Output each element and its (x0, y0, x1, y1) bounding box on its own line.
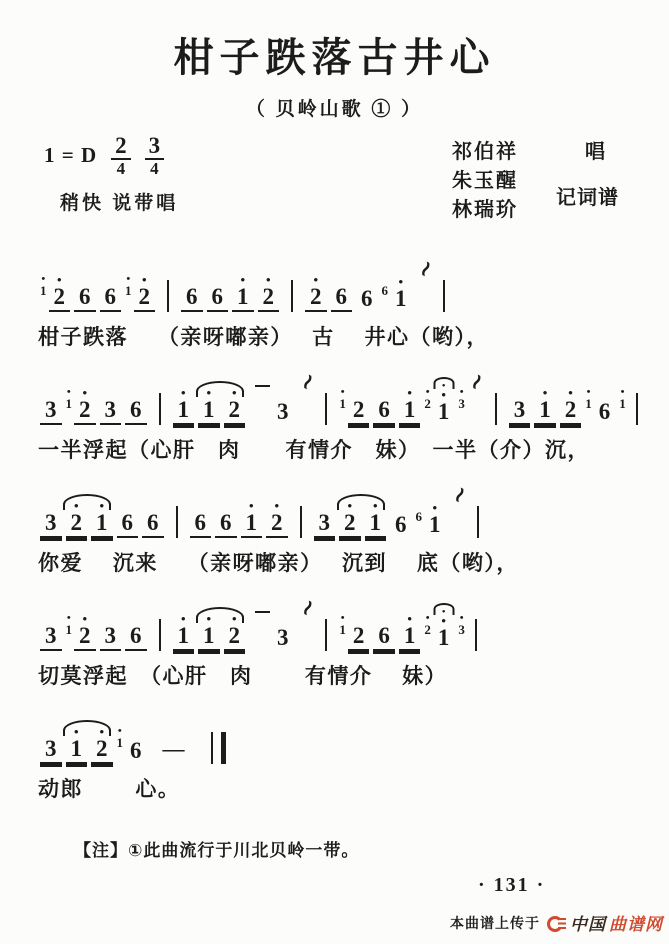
barline (443, 280, 445, 312)
grace-note-2: •2 (424, 616, 431, 637)
music-line-3: 3•2•16666•1•23•2•166•1≀你爱 沉来 （亲呀嘟亲） 沉到 底… (38, 486, 661, 599)
credit-transcriber-role: 记词谱 (556, 181, 619, 210)
note-6: 6 (594, 391, 616, 425)
note-3: 3 (40, 728, 62, 764)
note-6: 6 (125, 389, 147, 425)
note-6: 6 (356, 278, 378, 312)
note-3: 3 (40, 389, 62, 425)
grace-note-6: 6 (416, 503, 423, 524)
note-6: 6 (331, 276, 353, 312)
note-2: 2 (348, 615, 370, 651)
note-1: •1 (424, 504, 446, 538)
watermark-site-name-red: 曲谱网 (609, 910, 663, 935)
grace-note-1: •1 (66, 616, 73, 637)
song-subtitle: （ 贝岭山歌 ① ） (0, 94, 669, 121)
grace-note-3: •3 (458, 616, 465, 637)
note-6: 6 (142, 502, 164, 538)
note-2: •2 (305, 276, 327, 312)
grace-note-1: •1 (125, 277, 132, 298)
music-line-2: 3•1•236•1•1•23≀•126•1•2•1••3≀3•1•2•16•1一… (38, 373, 661, 486)
grace-note-1: •1 (66, 390, 73, 411)
note-3: 3 (509, 389, 531, 425)
notes-row-5: 3•1•2•16— (38, 712, 661, 764)
note-6: 6 (125, 730, 147, 764)
barline (159, 393, 161, 425)
note-6: 6 (181, 276, 203, 312)
footnote: 【注】①此曲流行于川北贝岭一带。 (74, 836, 359, 861)
duration-dash: — (163, 735, 185, 764)
qupu-staff-logo-icon (547, 914, 567, 931)
note-6: 6 (74, 276, 96, 312)
time-signature-2-numerator: 3 (145, 134, 165, 158)
key-signature: 1 = D 2 4 3 4 (44, 134, 164, 178)
barline (495, 393, 497, 425)
credit-transcriber-1-name: 朱玉醒 (452, 164, 518, 193)
grace-note-6: 6 (382, 277, 389, 298)
time-signature-2-denominator: 4 (145, 158, 165, 178)
note-6: 6 (215, 502, 237, 538)
tempo-marking: 稍快 说带唱 (60, 188, 178, 215)
notes-row-2: 3•1•236•1•1•23≀•126•1•2•1••3≀3•1•2•16•1 (38, 373, 661, 425)
barline (167, 280, 169, 312)
key-label: 1 = D (44, 143, 97, 168)
note-2: •2 (224, 615, 246, 651)
credit-transcriber-2-name: 林瑞玠 (452, 193, 518, 222)
note-1: •1 (232, 276, 254, 312)
notes-row-1: •1•266•1•266•1•2•2666•1≀ (38, 260, 661, 312)
note-1: •1 (91, 502, 113, 538)
grace-note-3: •3 (458, 390, 465, 411)
note-1: •1 (399, 615, 421, 651)
slide-mark: ≀ (417, 258, 434, 280)
music-line-1: •1•266•1•266•1•2•2666•1≀柑子跌落 （亲呀嘟亲） 古 井心… (38, 260, 661, 373)
grace-note-1: •1 (40, 277, 47, 298)
watermark: 本曲谱上传于 中国 曲谱网 (450, 910, 663, 935)
note-3: 3 (272, 391, 294, 425)
notes-row-4: 3•1•236•1•1•23≀•126•1•2•1••3 (38, 599, 661, 651)
barline (291, 280, 293, 312)
note-2: •2 (74, 389, 96, 425)
grace-note-1: •1 (585, 390, 592, 411)
note-2: •2 (266, 502, 288, 538)
note-3: 3 (40, 615, 62, 651)
slide-mark: ≀ (299, 371, 316, 393)
slide-mark: ≀ (451, 484, 468, 506)
note-2: •2 (134, 276, 156, 312)
grace-note-1: •1 (619, 390, 626, 411)
note-6: 6 (190, 502, 212, 538)
fermata-note-1: •1• (433, 617, 455, 651)
tie-dash (255, 611, 270, 613)
note-2: •2 (74, 615, 96, 651)
note-2: •2 (258, 276, 280, 312)
barline (300, 506, 302, 538)
note-1: •1 (173, 615, 195, 651)
song-title: 柑子跌落古井心 (0, 26, 669, 83)
slide-mark: ≀ (299, 597, 316, 619)
note-2: •2 (224, 389, 246, 425)
lyrics-line-4: 切莫浮起 （心肝 肉 有情介 妹） (38, 660, 661, 690)
grace-note-1: •1 (339, 390, 346, 411)
lyrics-line-3: 你爱 沉来 （亲呀嘟亲） 沉到 底（哟）， (38, 547, 661, 577)
slide-mark: ≀ (468, 371, 485, 393)
fermata-note-1: •1• (433, 391, 455, 425)
notes-row-3: 3•2•16666•1•23•2•166•1≀ (38, 486, 661, 538)
grace-note-2: •2 (424, 390, 431, 411)
barline (176, 506, 178, 538)
final-barline (211, 732, 226, 764)
time-signature-1-numerator: 2 (111, 134, 131, 158)
music-notation: •1•266•1•266•1•2•2666•1≀柑子跌落 （亲呀嘟亲） 古 井心… (38, 260, 661, 825)
note-1: •1 (390, 278, 412, 312)
page-number: · 131 · (478, 874, 545, 897)
barline (636, 393, 638, 425)
note-6: 6 (390, 504, 412, 538)
time-signature-1-denominator: 4 (111, 158, 131, 178)
note-1: •1 (365, 502, 387, 538)
note-2: •2 (49, 276, 71, 312)
credits-block: 祁伯祥 朱玉醒 林瑞玠 唱 记词谱 (452, 135, 662, 225)
note-3: 3 (272, 617, 294, 651)
lyrics-line-1: 柑子跌落 （亲呀嘟亲） 古 井心（哟）， (38, 321, 661, 351)
note-6: 6 (373, 389, 395, 425)
note-2: 2 (348, 389, 370, 425)
note-6: 6 (373, 615, 395, 651)
grace-note-1: •1 (117, 729, 124, 750)
barline (477, 506, 479, 538)
music-line-5: 3•1•2•16—动郎 心。 (38, 712, 661, 825)
note-6: 6 (125, 615, 147, 651)
note-6: 6 (100, 276, 122, 312)
lyrics-line-5: 动郎 心。 (38, 773, 661, 803)
time-signature-2: 3 4 (145, 134, 165, 178)
note-2: •2 (560, 389, 582, 425)
note-1: •1 (399, 389, 421, 425)
watermark-prefix: 本曲谱上传于 (450, 913, 540, 933)
note-3: 3 (40, 502, 62, 538)
barline (325, 393, 327, 425)
note-3: 3 (100, 389, 122, 425)
tie-dash (255, 385, 270, 387)
grace-note-1: •1 (339, 616, 346, 637)
barline (325, 619, 327, 651)
credit-singer-name: 祁伯祥 (452, 135, 518, 164)
note-1: •1 (241, 502, 263, 538)
note-3: 3 (100, 615, 122, 651)
sheet-music-page: 柑子跌落古井心 （ 贝岭山歌 ① ） 1 = D 2 4 3 4 稍快 说带唱 … (0, 0, 669, 944)
note-6: 6 (207, 276, 229, 312)
watermark-site-name-bold: 中国 (570, 910, 606, 935)
barline (159, 619, 161, 651)
note-1: •1 (534, 389, 556, 425)
credit-singer-role: 唱 (585, 135, 605, 164)
note-1: •1 (173, 389, 195, 425)
lyrics-line-2: 一半浮起（心肝 肉 有情介 妹） 一半（介）沉， (38, 434, 661, 464)
note-6: 6 (117, 502, 139, 538)
time-signature-1: 2 4 (111, 134, 131, 178)
music-line-4: 3•1•236•1•1•23≀•126•1•2•1••3切莫浮起 （心肝 肉 有… (38, 599, 661, 712)
note-3: 3 (314, 502, 336, 538)
note-2: •2 (91, 728, 113, 764)
barline (475, 619, 477, 651)
